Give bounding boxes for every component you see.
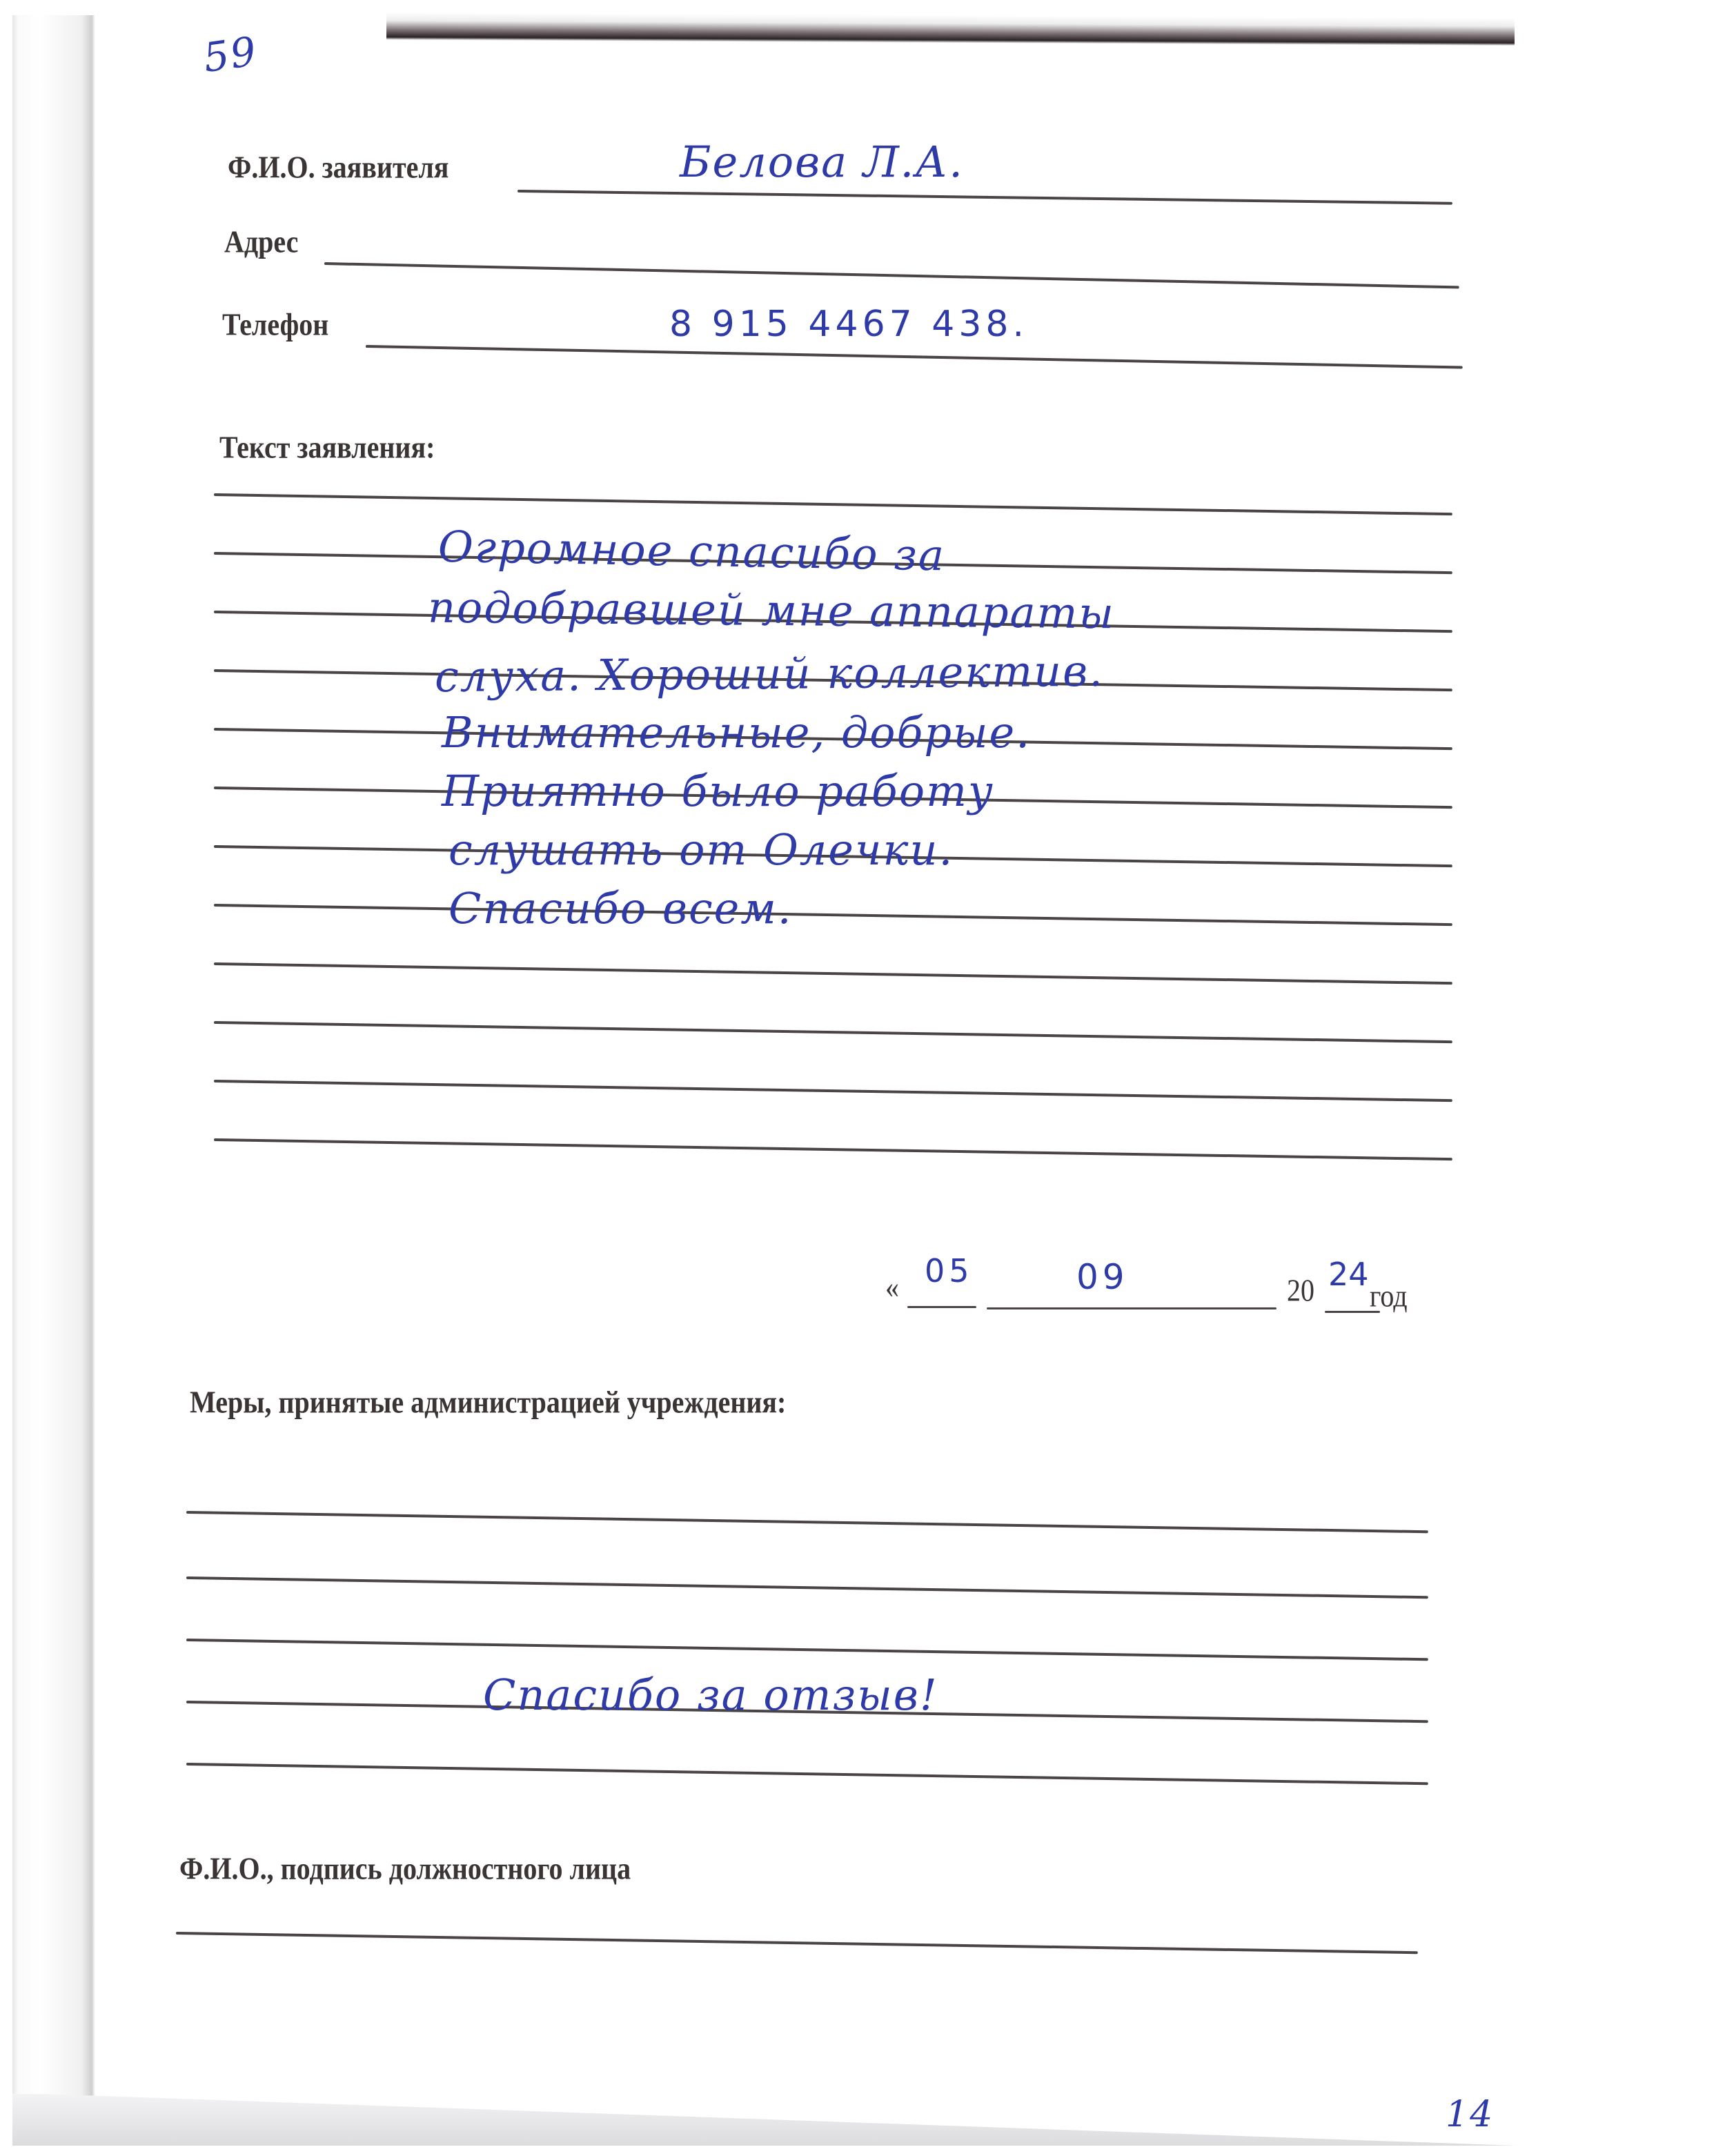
scan-top-edge <box>386 12 1515 46</box>
measures-rule <box>186 1576 1428 1599</box>
date-year-word: год <box>1370 1277 1408 1314</box>
statement-label: Текст заявления: <box>219 428 435 466</box>
measures-rule <box>186 1639 1428 1661</box>
phone-label: Телефон <box>222 306 328 343</box>
statement-line-1[interactable]: Огромное спасибо за <box>437 522 945 581</box>
date-year-suffix[interactable]: 24 <box>1328 1256 1369 1293</box>
official-signature-line <box>176 1932 1418 1954</box>
sheet-number: 59 <box>201 28 261 81</box>
address-label: Адрес <box>224 223 298 260</box>
official-label: Ф.И.О., подпись должностного лица <box>179 1850 631 1887</box>
phone-line <box>366 345 1463 369</box>
statement-line-7[interactable]: Спасибо всем. <box>448 883 792 933</box>
date-day-line <box>907 1306 976 1308</box>
scan-bottom-edge <box>12 2094 1517 2146</box>
statement-rule <box>214 493 1452 515</box>
statement-line-3[interactable]: слуха. Хороший коллектив. <box>435 646 1104 702</box>
address-line <box>324 262 1459 288</box>
date-day[interactable]: 05 <box>925 1252 974 1289</box>
scan-left-edge <box>12 15 95 2099</box>
statement-line-6[interactable]: слушать от Олечки. <box>448 824 954 875</box>
statement-line-2[interactable]: подобравшей мне аппараты <box>428 582 1116 639</box>
date-month-line <box>987 1307 1276 1309</box>
measures-label: Меры, принятые администрацией учреждения… <box>190 1383 786 1421</box>
statement-rule <box>214 1138 1452 1160</box>
applicant-name-label: Ф.И.О. заявителя <box>228 148 448 186</box>
statement-rule <box>214 962 1452 985</box>
measures-response[interactable]: Спасибо за отзыв! <box>483 1670 938 1720</box>
date-year-prefix: 20 <box>1287 1272 1314 1309</box>
phone-value[interactable]: 8 915 4467 438. <box>669 304 1028 345</box>
applicant-name-line <box>517 190 1452 205</box>
form-page: 59 Ф.И.О. заявителя Белова Л.А. Адрес Те… <box>0 0 1518 2156</box>
date-open-quote: « <box>885 1268 899 1305</box>
measures-rule <box>186 1511 1428 1533</box>
statement-rule <box>214 904 1452 926</box>
statement-rule <box>214 1080 1452 1102</box>
date-month[interactable]: 09 <box>1076 1257 1129 1297</box>
statement-rule <box>214 1021 1452 1043</box>
statement-line-5[interactable]: Приятно было работу <box>442 766 994 816</box>
applicant-name-value[interactable]: Белова Л.А. <box>680 137 964 187</box>
page-number: 14 <box>1446 2094 1494 2135</box>
measures-rule <box>186 1763 1428 1785</box>
statement-line-4[interactable]: Внимательные, добрые. <box>442 707 1031 758</box>
